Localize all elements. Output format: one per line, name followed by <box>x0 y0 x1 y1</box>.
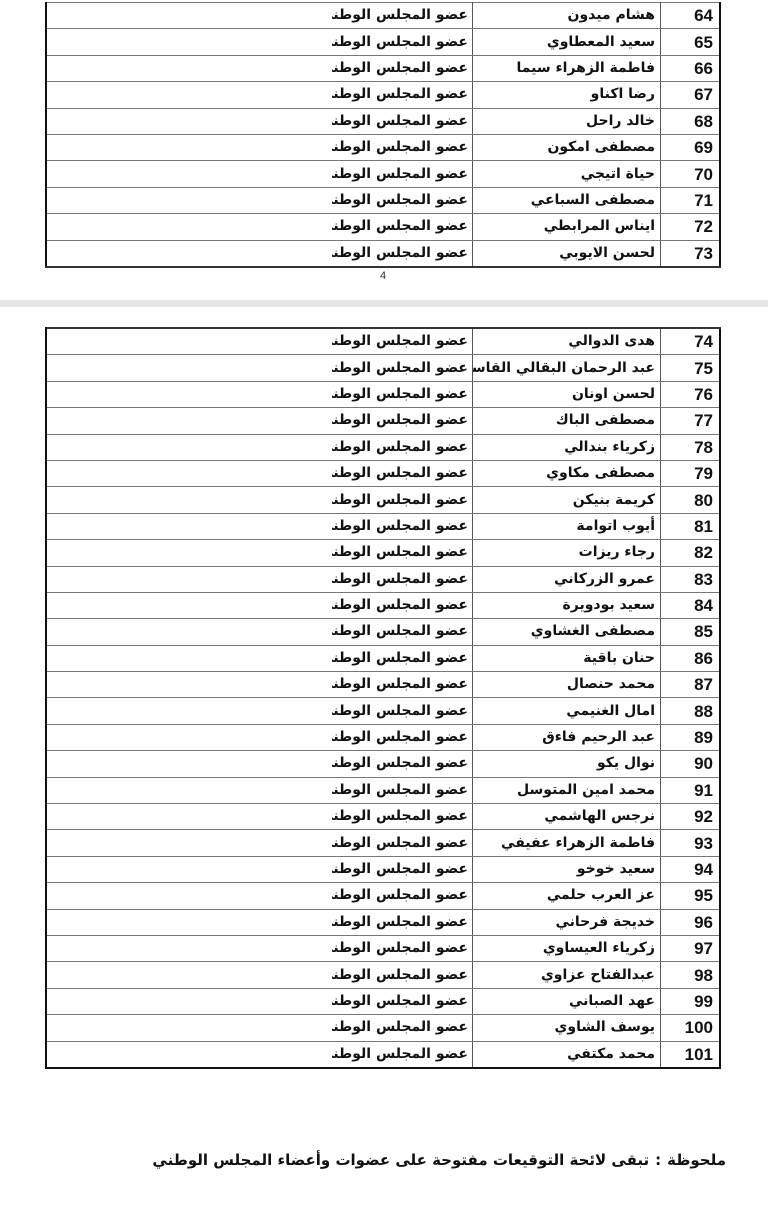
signature-cell <box>46 540 332 566</box>
table-row: 95عز العرب حلميعضو المجلس الوطني <box>46 883 720 909</box>
note-text: تبقى لائحة التوقيعات مفتوحة على عضوات وأ… <box>152 1151 649 1169</box>
note-separator: : <box>649 1151 667 1169</box>
member-number: 67 <box>661 82 721 108</box>
table-row: 97زكرياء العيساويعضو المجلس الوطني <box>46 935 720 961</box>
signature-cell <box>46 724 332 750</box>
signature-cell <box>46 55 332 81</box>
table-row: 79مصطفى مكاويعضو المجلس الوطني <box>46 460 720 486</box>
member-name: عمرو الزركاني <box>473 566 661 592</box>
member-name: خالد راحل <box>473 108 661 134</box>
signature-cell <box>46 962 332 988</box>
member-number: 72 <box>661 214 721 240</box>
table-row: 65سعيد المعطاويعضو المجلس الوطني <box>46 29 720 55</box>
member-name: خديجة فرحاني <box>473 909 661 935</box>
signature-cell <box>46 645 332 671</box>
member-name: لحسن الايوبي <box>473 240 661 267</box>
member-role: عضو المجلس الوطني <box>332 962 473 988</box>
member-role: عضو المجلس الوطني <box>332 592 473 618</box>
member-role: عضو المجلس الوطني <box>332 82 473 108</box>
member-name: رضا اكناو <box>473 82 661 108</box>
table-row: 75عبد الرحمان البقالي القاسميعضو المجلس … <box>46 355 720 381</box>
member-name: نوال يكو <box>473 751 661 777</box>
table-row: 91محمد امين المتوسلعضو المجلس الوطني <box>46 777 720 803</box>
member-name: فاطمة الزهراء عفيفي <box>473 830 661 856</box>
signature-cell <box>46 240 332 267</box>
member-number: 86 <box>661 645 721 671</box>
table-row: 98عبدالفتاح عزاويعضو المجلس الوطني <box>46 962 720 988</box>
member-number: 78 <box>661 434 721 460</box>
member-role: عضو المجلس الوطني <box>332 513 473 539</box>
table-row: 76لحسن اونانعضو المجلس الوطني <box>46 381 720 407</box>
table-row: 83عمرو الزركانيعضو المجلس الوطني <box>46 566 720 592</box>
table-row: 68خالد راحلعضو المجلس الوطني <box>46 108 720 134</box>
member-name: هدى الدوالي <box>473 328 661 355</box>
member-role: عضو المجلس الوطني <box>332 804 473 830</box>
member-role: عضو المجلس الوطني <box>332 724 473 750</box>
member-number: 64 <box>661 3 721 29</box>
member-number: 95 <box>661 883 721 909</box>
signature-cell <box>46 1041 332 1068</box>
table-row: 86حنان باقيةعضو المجلس الوطني <box>46 645 720 671</box>
member-name: محمد مكتفي <box>473 1041 661 1068</box>
table-row: 89عبد الرحيم فاءقعضو المجلس الوطني <box>46 724 720 750</box>
table-row: 96خديجة فرحانيعضو المجلس الوطني <box>46 909 720 935</box>
member-role: عضو المجلس الوطني <box>332 487 473 513</box>
member-name: فاطمة الزهراء سيما <box>473 55 661 81</box>
member-name: مصطفى مكاوي <box>473 460 661 486</box>
member-number: 90 <box>661 751 721 777</box>
member-role: عضو المجلس الوطني <box>332 328 473 355</box>
member-name: حياة اتيجي <box>473 161 661 187</box>
signature-cell <box>46 566 332 592</box>
member-number: 76 <box>661 381 721 407</box>
signature-cell <box>46 408 332 434</box>
table-row: 93فاطمة الزهراء عفيفيعضو المجلس الوطني <box>46 830 720 856</box>
member-number: 77 <box>661 408 721 434</box>
member-name: مصطفى امكون <box>473 134 661 160</box>
member-role: عضو المجلس الوطني <box>332 240 473 267</box>
member-name: سعيد المعطاوي <box>473 29 661 55</box>
signature-cell <box>46 1015 332 1041</box>
signature-cell <box>46 830 332 856</box>
signature-cell <box>46 619 332 645</box>
table-row: 94سعيد خوخوعضو المجلس الوطني <box>46 856 720 882</box>
table-row: 87محمد حنصالعضو المجلس الوطني <box>46 672 720 698</box>
signature-cell <box>46 909 332 935</box>
table-row: 100يوسف الشاويعضو المجلس الوطني <box>46 1015 720 1041</box>
member-role: عضو المجلس الوطني <box>332 3 473 29</box>
table-row: 69مصطفى امكونعضو المجلس الوطني <box>46 134 720 160</box>
member-role: عضو المجلس الوطني <box>332 619 473 645</box>
document-page-4: 64هشام ميدونعضو المجلس الوطني65سعيد المع… <box>0 0 768 300</box>
signatories-table-page-5: 74هدى الدواليعضو المجلس الوطني75عبد الرح… <box>45 327 721 1069</box>
signature-cell <box>46 487 332 513</box>
signature-cell <box>46 777 332 803</box>
signature-cell <box>46 856 332 882</box>
member-name: حنان باقية <box>473 645 661 671</box>
member-role: عضو المجلس الوطني <box>332 408 473 434</box>
member-number: 74 <box>661 328 721 355</box>
table-row: 101محمد مكتفيعضو المجلس الوطني <box>46 1041 720 1068</box>
member-role: عضو المجلس الوطني <box>332 777 473 803</box>
member-name: لحسن اونان <box>473 381 661 407</box>
member-number: 82 <box>661 540 721 566</box>
table-row: 90نوال يكوعضو المجلس الوطني <box>46 751 720 777</box>
member-number: 100 <box>661 1015 721 1041</box>
member-name: مصطفى الباك <box>473 408 661 434</box>
member-number: 92 <box>661 804 721 830</box>
member-number: 94 <box>661 856 721 882</box>
member-number: 65 <box>661 29 721 55</box>
table-row: 74هدى الدواليعضو المجلس الوطني <box>46 328 720 355</box>
member-role: عضو المجلس الوطني <box>332 856 473 882</box>
member-number: 70 <box>661 161 721 187</box>
member-role: عضو المجلس الوطني <box>332 434 473 460</box>
signature-cell <box>46 698 332 724</box>
member-number: 91 <box>661 777 721 803</box>
signature-cell <box>46 134 332 160</box>
table-row: 85مصطفى الغشاويعضو المجلس الوطني <box>46 619 720 645</box>
member-name: امال الغنيمي <box>473 698 661 724</box>
member-role: عضو المجلس الوطني <box>332 187 473 213</box>
signature-cell <box>46 935 332 961</box>
member-role: عضو المجلس الوطني <box>332 830 473 856</box>
member-number: 79 <box>661 460 721 486</box>
page-number: 4 <box>376 270 390 282</box>
member-name: مصطفى السباعي <box>473 187 661 213</box>
member-name: أيوب اتوامة <box>473 513 661 539</box>
signature-cell <box>46 187 332 213</box>
signature-cell <box>46 988 332 1014</box>
table-row: 71مصطفى السباعيعضو المجلس الوطني <box>46 187 720 213</box>
signature-cell <box>46 214 332 240</box>
signature-cell <box>46 434 332 460</box>
member-role: عضو المجلس الوطني <box>332 751 473 777</box>
member-number: 83 <box>661 566 721 592</box>
member-number: 98 <box>661 962 721 988</box>
table-row: 66فاطمة الزهراء سيماعضو المجلس الوطني <box>46 55 720 81</box>
member-role: عضو المجلس الوطني <box>332 672 473 698</box>
member-role: عضو المجلس الوطني <box>332 645 473 671</box>
signature-cell <box>46 672 332 698</box>
member-number: 87 <box>661 672 721 698</box>
signature-cell <box>46 161 332 187</box>
table-row: 80كريمة بنيكنعضو المجلس الوطني <box>46 487 720 513</box>
member-number: 71 <box>661 187 721 213</box>
table-row: 78زكرياء بنداليعضو المجلس الوطني <box>46 434 720 460</box>
signatories-table-body: 64هشام ميدونعضو المجلس الوطني65سعيد المع… <box>46 3 720 267</box>
member-number: 99 <box>661 988 721 1014</box>
member-number: 88 <box>661 698 721 724</box>
member-name: عبد الرحيم فاءق <box>473 724 661 750</box>
table-row: 82رجاء ريزاتعضو المجلس الوطني <box>46 540 720 566</box>
member-number: 97 <box>661 935 721 961</box>
member-name: عز العرب حلمي <box>473 883 661 909</box>
signature-cell <box>46 804 332 830</box>
table-row: 64هشام ميدونعضو المجلس الوطني <box>46 3 720 29</box>
signatories-table-page-4: 64هشام ميدونعضو المجلس الوطني65سعيد المع… <box>45 2 721 268</box>
member-name: ايناس المرابطي <box>473 214 661 240</box>
signature-cell <box>46 328 332 355</box>
signature-cell <box>46 108 332 134</box>
member-name: مصطفى الغشاوي <box>473 619 661 645</box>
member-role: عضو المجلس الوطني <box>332 988 473 1014</box>
member-role: عضو المجلس الوطني <box>332 460 473 486</box>
member-number: 80 <box>661 487 721 513</box>
member-name: هشام ميدون <box>473 3 661 29</box>
member-role: عضو المجلس الوطني <box>332 29 473 55</box>
member-name: زكرياء بندالي <box>473 434 661 460</box>
note-label: ملحوظة <box>667 1151 726 1169</box>
member-name: سعيد بودويرة <box>473 592 661 618</box>
signature-cell <box>46 751 332 777</box>
member-role: عضو المجلس الوطني <box>332 1015 473 1041</box>
table-row: 73لحسن الايوبيعضو المجلس الوطني <box>46 240 720 267</box>
signature-cell <box>46 460 332 486</box>
member-name: نرجس الهاشمي <box>473 804 661 830</box>
member-role: عضو المجلس الوطني <box>332 55 473 81</box>
member-number: 85 <box>661 619 721 645</box>
member-role: عضو المجلس الوطني <box>332 134 473 160</box>
member-number: 96 <box>661 909 721 935</box>
member-name: عبد الرحمان البقالي القاسمي <box>473 355 661 381</box>
signature-cell <box>46 381 332 407</box>
table-row: 67رضا اكناوعضو المجلس الوطني <box>46 82 720 108</box>
signature-cell <box>46 3 332 29</box>
member-name: زكرياء العيساوي <box>473 935 661 961</box>
member-name: عهد الصباني <box>473 988 661 1014</box>
member-role: عضو المجلس الوطني <box>332 698 473 724</box>
table-row: 72ايناس المرابطيعضو المجلس الوطني <box>46 214 720 240</box>
member-name: محمد حنصال <box>473 672 661 698</box>
member-number: 68 <box>661 108 721 134</box>
member-name: رجاء ريزات <box>473 540 661 566</box>
member-name: كريمة بنيكن <box>473 487 661 513</box>
member-role: عضو المجلس الوطني <box>332 214 473 240</box>
member-number: 69 <box>661 134 721 160</box>
member-number: 73 <box>661 240 721 267</box>
member-role: عضو المجلس الوطني <box>332 381 473 407</box>
member-number: 93 <box>661 830 721 856</box>
member-number: 81 <box>661 513 721 539</box>
signature-cell <box>46 883 332 909</box>
member-role: عضو المجلس الوطني <box>332 161 473 187</box>
member-role: عضو المجلس الوطني <box>332 909 473 935</box>
member-name: يوسف الشاوي <box>473 1015 661 1041</box>
member-number: 75 <box>661 355 721 381</box>
document-page-5: 74هدى الدواليعضو المجلس الوطني75عبد الرح… <box>0 307 768 1219</box>
member-number: 101 <box>661 1041 721 1068</box>
table-row: 70حياة اتيجيعضو المجلس الوطني <box>46 161 720 187</box>
member-name: سعيد خوخو <box>473 856 661 882</box>
member-role: عضو المجلس الوطني <box>332 935 473 961</box>
signature-cell <box>46 29 332 55</box>
member-role: عضو المجلس الوطني <box>332 108 473 134</box>
signatories-table-body: 74هدى الدواليعضو المجلس الوطني75عبد الرح… <box>46 328 720 1068</box>
member-role: عضو المجلس الوطني <box>332 883 473 909</box>
table-row: 88امال الغنيميعضو المجلس الوطني <box>46 698 720 724</box>
member-role: عضو المجلس الوطني <box>332 540 473 566</box>
page-separator <box>0 300 768 307</box>
signature-cell <box>46 355 332 381</box>
table-row: 92نرجس الهاشميعضو المجلس الوطني <box>46 804 720 830</box>
member-number: 66 <box>661 55 721 81</box>
signature-cell <box>46 82 332 108</box>
member-name: محمد امين المتوسل <box>473 777 661 803</box>
member-role: عضو المجلس الوطني <box>332 566 473 592</box>
member-name: عبدالفتاح عزاوي <box>473 962 661 988</box>
member-number: 89 <box>661 724 721 750</box>
signatures-note: ملحوظة:تبقى لائحة التوقيعات مفتوحة على ع… <box>152 1151 726 1169</box>
member-role: عضو المجلس الوطني <box>332 1041 473 1068</box>
table-row: 81أيوب اتوامةعضو المجلس الوطني <box>46 513 720 539</box>
signature-cell <box>46 592 332 618</box>
member-role: عضو المجلس الوطني <box>332 355 473 381</box>
table-row: 77مصطفى الباكعضو المجلس الوطني <box>46 408 720 434</box>
signature-cell <box>46 513 332 539</box>
table-row: 84سعيد بودويرةعضو المجلس الوطني <box>46 592 720 618</box>
member-number: 84 <box>661 592 721 618</box>
table-row: 99عهد الصبانيعضو المجلس الوطني <box>46 988 720 1014</box>
